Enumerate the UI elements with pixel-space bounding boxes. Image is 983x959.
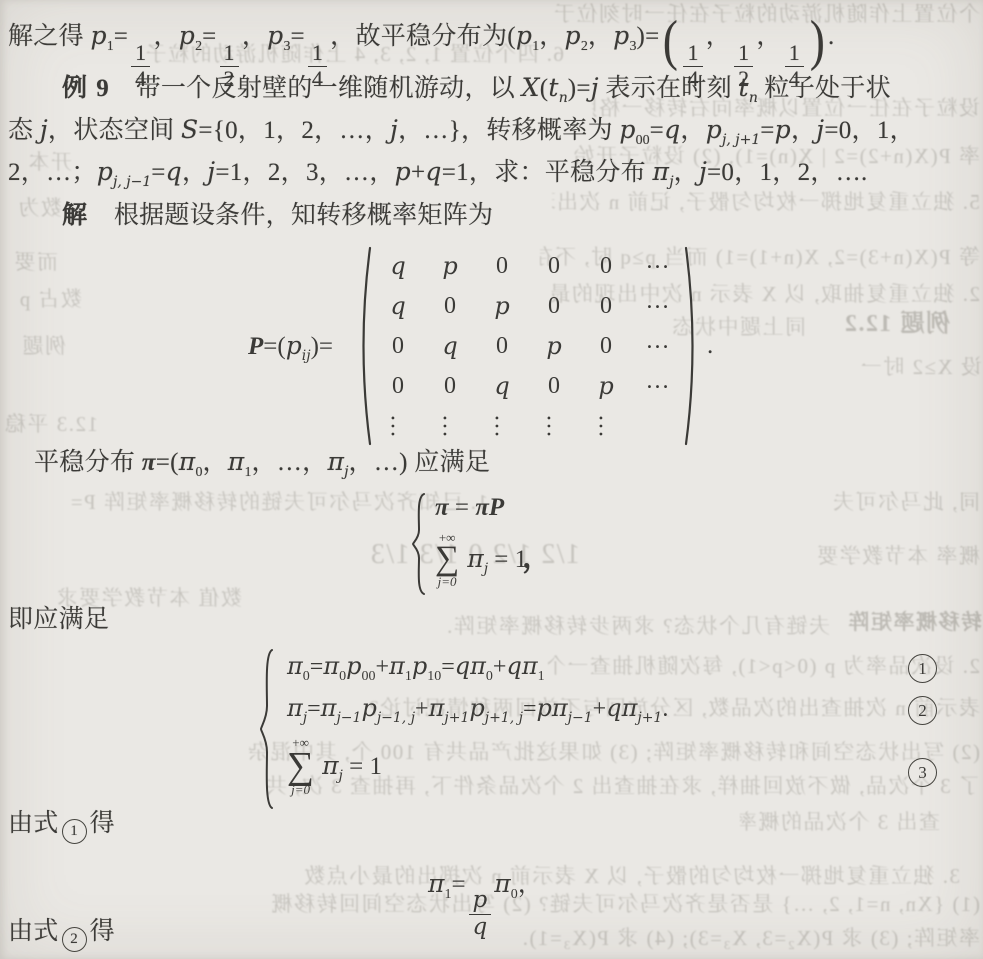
matrix-cell: …: [541, 400, 568, 452]
system2-equations: π0=π0p00+π1p10=qπ0+qπ1 πj=πj−1pj−1, j+πj…: [287, 648, 668, 810]
matrix-paren-left: [355, 246, 372, 446]
text-part: p: [97, 157, 113, 186]
text-part: π: [322, 751, 338, 780]
matrix-cell: …: [489, 400, 516, 452]
equation-system-1: π = πP +∞ ∑ j=0 πj = 1: [410, 492, 527, 596]
text-part: 00: [361, 669, 375, 684]
text-part: 2，…；: [8, 159, 97, 186]
text-part: =: [441, 654, 455, 680]
text-part: π: [287, 694, 303, 722]
text-part: j+1: [444, 710, 469, 726]
text-part: π: [467, 544, 483, 573]
text-part: =(: [263, 333, 285, 360]
text-part: P: [248, 333, 263, 360]
text-part: j, j−1: [113, 174, 151, 190]
text-part: π: [428, 869, 444, 898]
text-part: =0，1，: [824, 117, 915, 144]
text-part: p: [613, 21, 629, 50]
sum-lower-limit: j=0: [438, 575, 457, 588]
text-part: =: [310, 654, 324, 680]
text-part: 1: [107, 39, 114, 54]
matrix-cell: …: [593, 400, 620, 452]
equation-3: +∞ ∑ j=0 πj = 1: [287, 736, 668, 796]
text-part: =: [202, 23, 216, 50]
matrix-cell: 0: [372, 333, 424, 360]
text-part: ，: [756, 23, 781, 50]
text-part: p: [346, 652, 361, 680]
matrix-cell: q: [372, 292, 424, 320]
text-part: +: [493, 654, 507, 680]
bleedthrough-text: 设 X≥2 时一: [836, 355, 982, 380]
text-part: 表示在时刻: [599, 75, 739, 102]
text-part: )=: [636, 23, 659, 50]
equation-2: πj=πj−1pj−1, j+πj+1pj+1, j=pπj−1+qπj+1.: [287, 686, 668, 732]
text-part: 得: [90, 918, 115, 945]
text-part: p: [286, 331, 302, 360]
text-part: =: [449, 494, 476, 521]
text-part: p: [516, 21, 532, 50]
text-part: =1，2，3，…，: [215, 159, 394, 186]
text-part: 1: [538, 669, 545, 684]
stationary-distribution-line: 平稳分布 π=(π0，π1，…，πj，…) 应满足: [34, 436, 490, 489]
text-part: ，: [680, 117, 705, 144]
text-part: .: [662, 696, 668, 722]
big-parenthesis: ): [810, 21, 825, 61]
equation-tag-1: 1: [908, 654, 937, 683]
text-part: p: [706, 115, 722, 144]
text-part: p: [775, 115, 791, 144]
big-parenthesis: (: [662, 21, 677, 61]
matrix-cell: q: [372, 252, 424, 280]
scanned-textbook-page: 个位置上作随机游动的粒子在任一时刻位于6. 四个位置 1, 2, 3, 4 上作…: [0, 0, 983, 959]
text-part: 由式: [8, 918, 59, 945]
text-part: j−1: [336, 710, 361, 726]
text-part: ，: [202, 449, 227, 476]
sum-equation-tail: πj = 1: [322, 751, 382, 781]
text-part: ，故平稳分布为(: [330, 23, 516, 50]
text-part: 1: [245, 465, 252, 480]
text-part: π: [287, 652, 303, 680]
text-part: ，: [674, 159, 699, 186]
solution-heading-line: 解 根据题设条件，知转移概率矩阵为: [62, 190, 493, 242]
sigma-operator: ∑: [435, 544, 459, 575]
text-part: p: [469, 888, 492, 915]
text-part: p: [90, 21, 106, 50]
text-part: t: [738, 73, 748, 102]
namely-line: 即应满足: [8, 594, 109, 646]
pi1-equation: π1=pqπ0，: [428, 856, 543, 941]
text-part: =: [307, 696, 321, 722]
text-part: +: [375, 654, 389, 680]
text-part: 0: [303, 669, 310, 684]
text-part: X: [522, 73, 540, 102]
bleedthrough-text: 例题: [2, 334, 66, 359]
from-equation1-line: 由式1得: [8, 798, 115, 850]
sum-equation-tail: πj = 1: [467, 544, 527, 574]
text-part: ={0，1，2，…，: [198, 117, 390, 144]
text-part: q: [469, 915, 492, 941]
text-part: =: [523, 696, 537, 722]
text-part: j−1: [568, 710, 593, 726]
text-part: j: [699, 157, 707, 186]
text-part: π: [323, 652, 339, 680]
text-part: t: [548, 73, 558, 102]
matrix-paren-right: [684, 246, 701, 446]
matrix-row: qp000…: [372, 246, 684, 286]
text-part: +: [593, 696, 607, 722]
text-part: p: [361, 694, 376, 722]
fraction: pq: [469, 888, 492, 941]
text-part: π: [494, 869, 510, 898]
matrix-cell: 0: [476, 333, 528, 360]
matrix-cell: 0: [528, 373, 580, 400]
text-part: +: [415, 696, 429, 722]
matrix-cell: 0: [476, 253, 528, 280]
matrix-cell: 0: [424, 373, 476, 400]
summation-symbol: +∞ ∑ j=0: [287, 736, 314, 796]
text-part: ，…) 应满足: [349, 449, 491, 476]
text-part: πP: [475, 494, 504, 521]
text-part: ，…}，转移概率为: [398, 117, 619, 144]
bleedthrough-text: 率矩阵; (3) 求 P(X₂=3, X₃=3); (4) 求 P(X₃=1).: [130, 926, 980, 951]
text-part: π: [552, 694, 568, 722]
text-part: 1: [405, 669, 412, 684]
equation-sum-constraint: +∞ ∑ j=0 πj = 1: [435, 531, 527, 588]
bleedthrough-text: 夫链有几个状态? 求两步转移概率矩阵.: [300, 614, 830, 639]
text-part: q: [455, 652, 470, 680]
bleedthrough-text: 概率 本节教学要: [762, 544, 980, 569]
text-part: 10: [427, 669, 441, 684]
text-part: p: [412, 652, 427, 680]
matrix-cell: p: [528, 332, 580, 360]
matrix-cell: …: [632, 328, 684, 355]
text-part: =(: [156, 449, 179, 476]
matrix-row: q0p00…: [372, 286, 684, 326]
equation-system-2: π0=π0p00+π1p10=qπ0+qπ1 πj=πj−1pj−1, j+πj…: [258, 648, 668, 810]
text-part: ，: [706, 23, 731, 50]
text-part: =: [760, 117, 774, 144]
text-part: p: [469, 694, 484, 722]
bleedthrough-text: 12.3 平稳: [2, 412, 98, 437]
matrix-cell: 0: [580, 293, 632, 320]
text-part: 解之得: [8, 23, 90, 50]
text-part: =: [151, 159, 165, 186]
text-part: =: [650, 117, 664, 144]
summation-symbol: +∞ ∑ j=0: [435, 531, 459, 588]
text-part: =: [451, 871, 465, 898]
system1-comma: ，: [522, 532, 552, 576]
text-part: ，: [588, 23, 613, 50]
text-part: ij: [302, 348, 311, 364]
text-part: p: [537, 694, 552, 722]
text-part: π: [142, 449, 156, 476]
text-part: ，…，: [252, 449, 328, 476]
text-part: j: [591, 73, 599, 102]
bleedthrough-text: 数为: [2, 196, 62, 221]
text-part: j: [40, 115, 48, 144]
text-part: 带一个反射壁的一维随机游动，以: [110, 75, 521, 102]
matrix-cell: p: [476, 292, 528, 320]
equation-tag-2: 2: [908, 696, 937, 725]
text-part: =1，求：平稳分布: [442, 159, 653, 186]
system2-brace: [258, 648, 275, 810]
matrix-cell: 0: [528, 293, 580, 320]
text-part: j: [390, 115, 398, 144]
text-part: 0: [511, 887, 518, 902]
matrix-row: 00q0p…: [372, 366, 684, 406]
text-part: π: [228, 447, 245, 476]
bleedthrough-text: 转移概率矩阵: [840, 610, 982, 635]
text-part: π: [429, 694, 445, 722]
text-part: π: [522, 652, 538, 680]
text-part: =: [114, 23, 128, 50]
text-part: 2: [581, 39, 588, 54]
text-part: ，状态空间: [48, 117, 181, 144]
sigma-operator: ∑: [287, 749, 314, 783]
text-part: j+1, j: [485, 710, 523, 726]
circled-number: 2: [62, 927, 87, 952]
equation-1: π0=π0p00+π1p10=qπ0+qπ1: [287, 648, 668, 686]
text-part: )=: [311, 333, 333, 360]
text-part: π: [321, 694, 337, 722]
text-part: π: [179, 447, 196, 476]
text-part: q: [166, 157, 182, 186]
matrix-cell: 0: [372, 373, 424, 400]
matrix-cell: p: [580, 372, 632, 400]
text-part: ，: [518, 871, 543, 898]
text-part: π: [435, 494, 449, 521]
matrix-cell: …: [632, 248, 684, 275]
text-part: 根据题设条件，知转移概率矩阵为: [89, 202, 494, 229]
equation-pi-eq-piP: π = πP: [435, 492, 527, 526]
matrix-cell: 0: [528, 253, 580, 280]
text-part: 得: [90, 810, 115, 837]
text-part: p: [395, 157, 411, 186]
matrix-label: P=(pij)=: [248, 331, 333, 361]
text-part: ，: [182, 159, 207, 186]
text-part: )=: [568, 75, 591, 102]
text-part: q: [425, 157, 441, 186]
text-part: π: [389, 652, 405, 680]
text-part: 即应满足: [8, 606, 109, 633]
text-part: ，: [242, 23, 267, 50]
text-part: ，: [791, 117, 816, 144]
text-part: ，: [539, 23, 564, 50]
text-part: j−1, j: [377, 710, 415, 726]
text-part: q: [664, 115, 680, 144]
text-part: π: [622, 694, 638, 722]
text-part: = 1: [343, 753, 382, 780]
matrix-cell: …: [632, 288, 684, 315]
text-part: 由式: [8, 810, 59, 837]
matrix-grid: qp000…q0p00…0q0p0…00q0p………………: [372, 246, 684, 446]
matrix-row: 0q0p0…: [372, 326, 684, 366]
equation-tag-3: 3: [908, 758, 937, 787]
transition-probability-matrix: P=(pij)= qp000…q0p00…0q0p0…00q0p……………… .: [248, 246, 713, 446]
system1-brace: [410, 492, 427, 596]
matrix-cell: 0: [580, 333, 632, 360]
text-part: p: [267, 21, 283, 50]
text-part: =: [290, 23, 304, 50]
matrix-cell: q: [424, 332, 476, 360]
text-part: p: [565, 21, 581, 50]
text-part: q: [606, 694, 621, 722]
matrix-cell: …: [632, 368, 684, 395]
bleedthrough-text: 例题 12.2: [826, 310, 950, 339]
text-part: p: [179, 21, 195, 50]
text-part: 粒子处于状: [758, 75, 891, 102]
from-equation2-line: 由式2得: [8, 906, 115, 958]
text-part: ，: [153, 23, 178, 50]
text-part: 例 9: [62, 75, 110, 102]
text-part: 平稳分布: [34, 449, 142, 476]
text-part: π: [470, 652, 486, 680]
sum-lower-limit: j=0: [291, 783, 310, 796]
matrix-cell: 0: [424, 293, 476, 320]
text-part: π: [653, 157, 670, 186]
text-part: +: [411, 159, 425, 186]
text-part: π: [327, 447, 344, 476]
text-part: .: [828, 23, 835, 50]
matrix-period: .: [707, 332, 713, 360]
matrix-cell: q: [476, 372, 528, 400]
bleedthrough-text: 查出 3 个次品的概率: [740, 810, 940, 835]
text-part: j+1: [637, 710, 662, 726]
circled-number: 1: [62, 819, 87, 844]
matrix-cell: p: [424, 252, 476, 280]
system1-equations: π = πP +∞ ∑ j=0 πj = 1: [435, 492, 527, 596]
bleedthrough-text: 同, 此马尔可夫: [748, 490, 980, 515]
matrix-cell: 0: [580, 253, 632, 280]
bleedthrough-text: 而要: [2, 250, 58, 275]
text-part: 态: [8, 117, 40, 144]
text-part: 解: [62, 202, 89, 229]
text-part: p: [619, 115, 635, 144]
bleedthrough-text: 数占 p: [2, 287, 82, 312]
text-part: 0: [486, 669, 493, 684]
text-part: S: [181, 115, 198, 144]
text-part: =0，1，2，….: [707, 159, 868, 186]
text-part: q: [506, 652, 521, 680]
